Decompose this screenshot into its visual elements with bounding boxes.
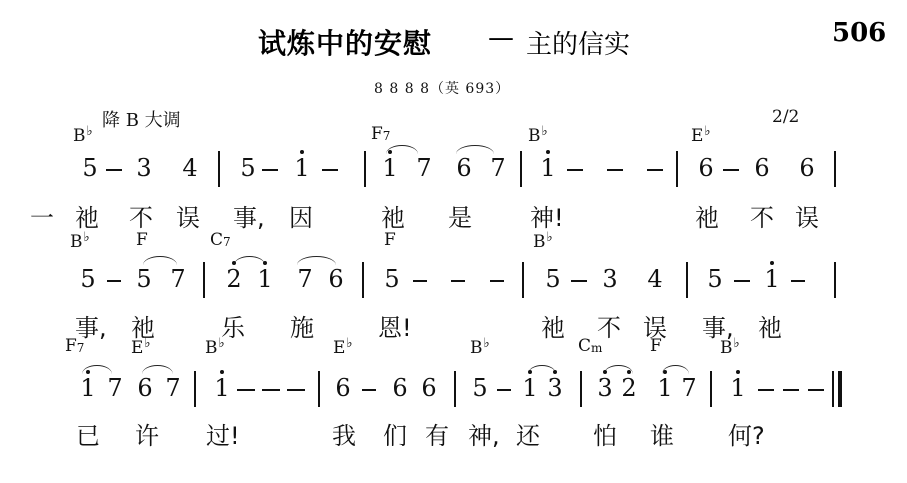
chord-symbol: B♭	[73, 124, 93, 146]
chord-symbol: E♭	[691, 124, 711, 146]
barline	[454, 371, 456, 407]
flat-icon: ♭	[542, 124, 548, 139]
chord-symbol: B♭	[528, 124, 548, 146]
note: 1	[212, 374, 232, 402]
chord-symbol: F	[650, 336, 662, 356]
chord-root: B	[720, 338, 733, 358]
note: 6	[419, 374, 439, 402]
chord-symbol: B♭	[70, 230, 90, 252]
chord-symbol: B♭	[720, 336, 740, 358]
sustain-dash	[451, 280, 465, 282]
note: 7	[168, 265, 188, 293]
note: 3	[595, 374, 615, 402]
octave-dot-icon	[736, 370, 740, 374]
note: 5	[134, 265, 154, 293]
note: 7	[488, 154, 508, 182]
chord-extension: 7	[383, 129, 391, 143]
chord-symbol: C7	[210, 230, 231, 250]
lyric-syllable: 误	[795, 198, 819, 233]
lyric-syllable: 已	[76, 416, 100, 451]
sustain-dash	[783, 389, 799, 391]
barline	[834, 262, 836, 298]
barline	[710, 371, 712, 407]
barline	[194, 371, 196, 407]
key-signature: 降 B 大调	[102, 106, 181, 132]
note: 2	[619, 374, 639, 402]
note: 1	[380, 154, 400, 182]
chord-root: F	[65, 336, 77, 356]
chord-extension: m	[591, 341, 602, 355]
note: 7	[295, 265, 315, 293]
note: 6	[333, 374, 353, 402]
sustain-dash	[322, 169, 338, 171]
lyric-syllable: 还	[516, 416, 540, 451]
lyric-syllable: 谁	[650, 416, 674, 451]
barline	[520, 151, 522, 187]
slur-arc	[528, 365, 556, 374]
barline	[676, 151, 678, 187]
lyric-syllable: 误	[176, 198, 200, 233]
lyric-syllable: 怕	[593, 416, 617, 451]
sustain-dash	[237, 389, 255, 391]
lyric-syllable: 祂	[541, 308, 565, 343]
note: 5	[78, 265, 98, 293]
chord-root: F	[650, 336, 662, 356]
slur-arc	[662, 365, 689, 374]
note: 1	[292, 154, 312, 182]
chord-root: B	[470, 338, 483, 358]
note: 6	[390, 374, 410, 402]
final-barline-thick	[838, 371, 842, 407]
note: 5	[238, 154, 258, 182]
note: 1	[520, 374, 540, 402]
lyric-syllable: 有	[425, 416, 449, 451]
note: 1	[255, 265, 275, 293]
sustain-dash	[734, 280, 750, 282]
octave-dot-icon	[300, 150, 304, 154]
chord-root: B	[528, 126, 541, 146]
lyric-syllable: 不	[750, 198, 774, 233]
slur-arc	[456, 145, 494, 154]
note: 3	[545, 374, 565, 402]
chord-symbol: E♭	[333, 336, 353, 358]
lyric-syllable: 祂	[381, 198, 405, 233]
note: 4	[645, 265, 665, 293]
chord-root: B	[205, 338, 218, 358]
slur-arc	[297, 256, 336, 265]
lyric-syllable: 神,	[468, 416, 500, 451]
barline	[686, 262, 688, 298]
note: 1	[78, 374, 98, 402]
chord-symbol: F	[384, 230, 396, 250]
chord-extension: 7	[223, 235, 231, 249]
chord-symbol: B♭	[205, 336, 225, 358]
note: 5	[470, 374, 490, 402]
hymn-title: 试炼中的安慰	[258, 22, 432, 62]
chord-symbol: B♭	[470, 336, 490, 358]
chord-root: B	[533, 232, 546, 252]
octave-dot-icon	[220, 370, 224, 374]
flat-icon: ♭	[84, 230, 90, 245]
note: 6	[752, 154, 772, 182]
sustain-dash	[106, 169, 122, 171]
chord-extension: 7	[77, 341, 85, 355]
flat-icon: ♭	[547, 230, 553, 245]
chord-root: F	[384, 230, 396, 250]
lyric-syllable: 不	[129, 198, 153, 233]
sustain-dash	[607, 169, 623, 171]
note: 6	[135, 374, 155, 402]
lyric-syllable: 一	[30, 198, 54, 233]
lyric-syllable: 祂	[695, 198, 719, 233]
lyric-syllable: 们	[383, 416, 407, 451]
barline	[364, 151, 366, 187]
note: 1	[762, 265, 782, 293]
barline	[580, 371, 582, 407]
sustain-dash	[758, 389, 774, 391]
note: 6	[326, 265, 346, 293]
note: 6	[797, 154, 817, 182]
chord-root: E	[333, 338, 345, 358]
chord-root: B	[70, 232, 83, 252]
sustain-dash	[808, 389, 824, 391]
note: 4	[180, 154, 200, 182]
note: 6	[696, 154, 716, 182]
note: 5	[382, 265, 402, 293]
slur-arc	[386, 145, 418, 154]
flat-icon: ♭	[484, 336, 490, 351]
barline	[318, 371, 320, 407]
chord-symbol: F7	[65, 336, 84, 356]
note: 2	[224, 265, 244, 293]
octave-dot-icon	[770, 261, 774, 265]
chord-root: E	[691, 126, 703, 146]
hymn-subtitle: 主的信实	[526, 24, 630, 61]
lyric-syllable: 祂	[758, 308, 782, 343]
note: 7	[679, 374, 699, 402]
note: 7	[105, 374, 125, 402]
lyric-syllable: 施	[290, 308, 314, 343]
chord-symbol: E♭	[131, 336, 151, 358]
lyric-syllable: 事,	[233, 198, 265, 233]
sustain-dash	[107, 280, 121, 282]
sustain-dash	[571, 280, 587, 282]
slur-arc	[234, 256, 265, 265]
flat-icon: ♭	[219, 336, 225, 351]
flat-icon: ♭	[87, 124, 93, 139]
slur-arc	[604, 365, 633, 374]
note: 1	[538, 154, 558, 182]
meter-info: 8 8 8 8（英 693）	[374, 78, 510, 98]
sustain-dash	[791, 280, 805, 282]
barline	[218, 151, 220, 187]
sustain-dash	[287, 389, 305, 391]
flat-icon: ♭	[144, 336, 150, 351]
chord-root: C	[210, 230, 223, 250]
note: 3	[134, 154, 154, 182]
flat-icon: ♭	[734, 336, 740, 351]
chord-symbol: F	[136, 230, 148, 250]
flat-icon: ♭	[704, 124, 710, 139]
lyric-syllable: 因	[289, 198, 313, 233]
hymn-number: 506	[832, 18, 886, 48]
sustain-dash	[262, 169, 278, 171]
octave-dot-icon	[546, 150, 550, 154]
lyric-syllable: 何?	[728, 416, 765, 451]
chord-root: E	[131, 338, 143, 358]
chord-root: F	[136, 230, 148, 250]
lyric-syllable: 是	[448, 198, 472, 233]
final-barline	[832, 371, 834, 407]
sustain-dash	[490, 280, 504, 282]
sustain-dash	[262, 389, 280, 391]
chord-symbol: B♭	[533, 230, 553, 252]
slur-arc	[82, 365, 112, 374]
slur-arc	[142, 365, 173, 374]
time-signature: 2/2	[772, 107, 799, 127]
chord-root: B	[73, 126, 86, 146]
barline	[362, 262, 364, 298]
chord-symbol: F7	[371, 124, 390, 144]
chord-root: C	[578, 336, 591, 356]
lyric-syllable: 我	[332, 416, 356, 451]
note: 1	[655, 374, 675, 402]
note: 7	[414, 154, 434, 182]
sustain-dash	[413, 280, 427, 282]
barline	[522, 262, 524, 298]
chord-symbol: Cm	[578, 336, 602, 356]
note: 5	[80, 154, 100, 182]
sustain-dash	[647, 169, 663, 171]
note: 6	[454, 154, 474, 182]
note: 1	[728, 374, 748, 402]
chord-root: F	[371, 124, 383, 144]
sustain-dash	[723, 169, 739, 171]
lyric-syllable: 神!	[530, 198, 564, 233]
barline	[203, 262, 205, 298]
note: 3	[600, 265, 620, 293]
lyric-syllable: 祂	[75, 198, 99, 233]
lyric-syllable: 过!	[206, 416, 240, 451]
note: 5	[705, 265, 725, 293]
title-separator: —	[488, 23, 514, 53]
lyric-syllable: 许	[135, 416, 159, 451]
slur-arc	[143, 256, 177, 265]
barline	[834, 151, 836, 187]
sustain-dash	[497, 389, 511, 391]
lyric-syllable: 恩!	[378, 308, 412, 343]
sustain-dash	[567, 169, 583, 171]
note: 5	[543, 265, 563, 293]
flat-icon: ♭	[346, 336, 352, 351]
note: 7	[163, 374, 183, 402]
sustain-dash	[362, 389, 376, 391]
